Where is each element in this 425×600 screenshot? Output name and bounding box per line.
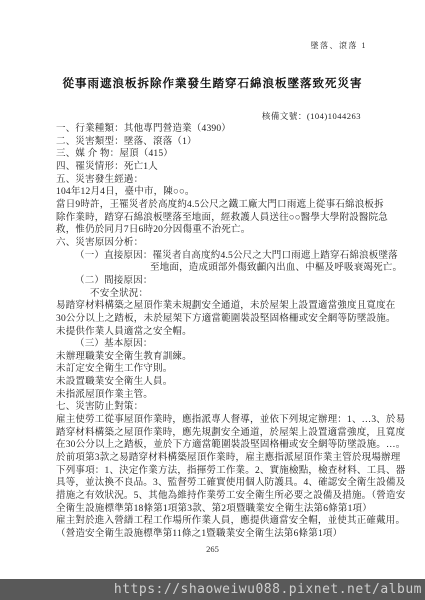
doc-line: 四、罹災情形：死亡1人	[56, 161, 397, 174]
doc-line: 未辦理職業安全衛生教育訓練。	[56, 351, 397, 364]
doc-line: （一）直接原因：罹災者自高度約4.5公尺之大門口雨遮上踏穿石綿浪板墜落	[56, 250, 397, 263]
doc-line: 未設置職業安全衛生人員。	[56, 376, 397, 389]
doc-line: 踏穿材料構築之屋頂作業時，應先規劃安全通道，於屋架上設置適當強度，且寬度	[56, 427, 397, 440]
doc-line: 下列事項：1、決定作業方法，指揮勞工作業。2、實施檢點，檢查材料、工具、器	[56, 465, 397, 478]
watermark-bar: https://shaoweiwu088.pixnet.net/album	[0, 579, 425, 600]
doc-line: 不安全狀況：	[56, 288, 397, 301]
doc-line: 雇主使勞工從事屋頂作業時，應指派專人督導，並依下列規定辦理：1、…3、於易	[56, 414, 397, 427]
doc-line: 救，惟仍於同月7日6時20分因傷重不治死亡。	[56, 224, 397, 237]
document-page: 墜落、滾落 1 從事雨遮浪板拆除作業發生踏穿石綿浪板墜落致死災害 核備文號：(1…	[0, 0, 425, 600]
doc-line: 於前項第3款之易踏穿材料構築屋頂作業時，雇主應指派屋頂作業主管於現場辦理	[56, 452, 397, 465]
doc-line: 在30公分以上之踏板，並於下方適當範圍裝設堅固格柵或安全網等防墜設施。…。	[56, 439, 397, 452]
doc-line: 六、災害原因分析：	[56, 237, 397, 250]
doc-line: （二）間接原因：	[56, 275, 397, 288]
page-number: 265	[0, 544, 425, 554]
doc-line: （營造安全衛生設施標準第11條之1暨職業安全衛生法第6條第1項）	[56, 528, 397, 541]
doc-line: 除作業時，踏穿石綿浪板墜落至地面，經救護人員送往○○醫學大學附設醫院急	[56, 212, 397, 225]
document-title: 從事雨遮浪板拆除作業發生踏穿石綿浪板墜落致死災害	[0, 75, 425, 91]
doc-line: 三、媒 介 物：屋頂（415）	[56, 148, 397, 161]
doc-line: 二、災害類型：墜落、滾落（1）	[56, 136, 397, 149]
doc-line: 104年12月4日，臺中市，陳○○。	[56, 186, 397, 199]
approval-doc-number: 核備文號：(104)1044263	[262, 110, 361, 122]
doc-line: 30公分以上之踏板，未於屋架下方適當範圍裝設堅固格柵或安全網等防墜設施。	[56, 313, 397, 326]
doc-line: 措施之有效狀況。5、其他為維持作業勞工安全衛生所必要之設備及措施。（營造安	[56, 490, 397, 503]
doc-line: 雇主對於進入營繕工程工作場所作業人員，應提供適當安全帽，並使其正確戴用。	[56, 515, 397, 528]
doc-line: 未指派屋頂作業主管。	[56, 389, 397, 402]
doc-line: 未訂定安全衛生工作守則。	[56, 363, 397, 376]
watermark-url-text: https://shaoweiwu088.pixnet.net/album	[0, 579, 425, 600]
page-header-category-label: 墜落、滾落 1	[311, 40, 368, 51]
doc-line: 五、災害發生經過：	[56, 174, 397, 187]
doc-line: 全衛生設施標準第18條第1項第3款、第2項暨職業安全衛生法第6條第1項）	[56, 503, 397, 516]
document-body: 一、行業種類：其他專門營造業（4390） 二、災害類型：墜落、滾落（1） 三、媒…	[56, 123, 397, 541]
doc-line: 具等，並汰換不良品。3、監督勞工確實使用個人防護具。4、確認安全衛生設備及	[56, 477, 397, 490]
doc-line: 一、行業種類：其他專門營造業（4390）	[56, 123, 397, 136]
doc-line: 至地面，造成頭部外傷致顱內出血、中樞及呼吸衰竭死亡。	[56, 262, 397, 275]
doc-line: 未提供作業人員適當之安全帽。	[56, 326, 397, 339]
doc-line: （三）基本原因：	[56, 338, 397, 351]
doc-line: 當日9時許，王罹災者於高度約4.5公尺之鐵工廠大門口雨遮上從事石綿浪板拆	[56, 199, 397, 212]
doc-line: 易踏穿材料構築之屋頂作業未規劃安全通道，未於屋架上設置適當強度且寬度在	[56, 300, 397, 313]
doc-line: 七、災害防止對策：	[56, 401, 397, 414]
